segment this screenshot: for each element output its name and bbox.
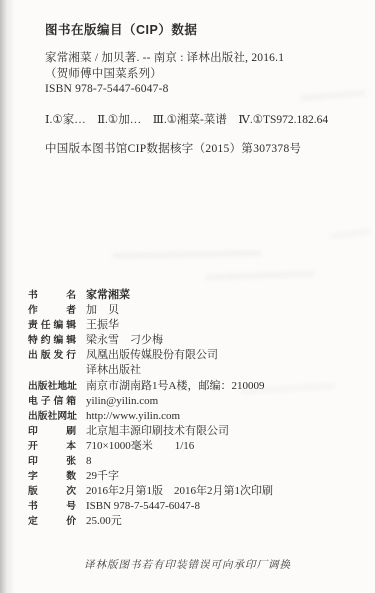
cip-header: 图书在版编目（CIP）数据 [45, 20, 197, 38]
scan-artifact [330, 229, 370, 239]
colophon-value: 加 贝 [86, 303, 119, 318]
colophon-label: 出版社网址 [28, 409, 76, 424]
cip-description-block: 家常湘菜 / 加贝著. -- 南京 : 译林出版社, 2016.1 （贺师傅中国… [45, 51, 284, 98]
scan-artifact [205, 271, 315, 280]
colophon-row-publisher: 出版发行 凤凰出版传媒股份有限公司 [28, 348, 273, 363]
colophon-row-responsible-editor: 责任编辑 王振华 [28, 318, 273, 333]
colophon-value: 家常湘菜 [86, 288, 130, 303]
colophon-row-website: 出版社网址 http://www.yilin.com [28, 409, 273, 424]
colophon-value: 梁永雪 刁少梅 [86, 333, 163, 348]
colophon-value: 王振华 [86, 318, 119, 333]
colophon-value: 8 [86, 454, 92, 469]
colophon-value: http://www.yilin.com [86, 409, 180, 424]
cip-record-number: 中国版本图书馆CIP数据核字（2015）第307378号 [45, 140, 301, 156]
scan-artifact [300, 90, 366, 101]
colophon-row-publisher2: 译林出版社 [28, 363, 273, 378]
colophon-value: 南京市湖南路1号A楼，邮编：210009 [86, 379, 264, 394]
colophon-row-isbn: 书号 ISBN 978-7-5447-6047-8 [28, 499, 273, 514]
colophon-table: 书名 家常湘菜 作者 加 贝 责任编辑 王振华 特约编辑 梁永雪 刁少梅 出版发… [28, 288, 273, 530]
colophon-label: 作者 [28, 303, 76, 318]
colophon-value: 2016年2月第1版 2016年2月第1次印刷 [86, 484, 273, 499]
colophon-label: 印张 [28, 454, 76, 469]
colophon-label: 出版发行 [28, 348, 76, 363]
colophon-value: 29千字 [86, 469, 119, 484]
cip-series-line: （贺师傅中国菜系列） [45, 67, 284, 83]
colophon-label: 出版社地址 [28, 379, 76, 394]
cip-isbn-line: ISBN 978-7-5447-6047-8 [45, 82, 284, 98]
footer-note: 译林版图书若有印装错误可向承印厂调换 [0, 557, 375, 572]
scan-edge-shadow [0, 0, 15, 593]
colophon-row-contract-editor: 特约编辑 梁永雪 刁少梅 [28, 333, 273, 348]
colophon-row-email: 电子信箱 yilin@yilin.com [28, 394, 273, 409]
colophon-row-edition: 版次 2016年2月第1版 2016年2月第1次印刷 [28, 484, 273, 499]
colophon-row-price: 定价 25.00元 [28, 514, 273, 529]
colophon-value: ISBN 978-7-5447-6047-8 [86, 499, 200, 514]
colophon-label: 定价 [28, 514, 76, 529]
book-copyright-page: 图书在版编目（CIP）数据 家常湘菜 / 加贝著. -- 南京 : 译林出版社,… [0, 0, 375, 593]
colophon-label: 责任编辑 [28, 318, 76, 333]
classification-line: Ⅰ.①家… Ⅱ.①加… Ⅲ.①湘菜-菜谱 Ⅳ.①TS972.182.64 [45, 111, 328, 127]
colophon-label: 书名 [28, 288, 76, 303]
colophon-label: 电子信箱 [28, 394, 76, 409]
colophon-value: 710×1000毫米 1/16 [86, 439, 194, 454]
colophon-row-address: 出版社地址 南京市湖南路1号A楼，邮编：210009 [28, 379, 273, 394]
scan-artifact [112, 251, 262, 259]
colophon-row-author: 作者 加 贝 [28, 303, 273, 318]
colophon-row-title: 书名 家常湘菜 [28, 288, 273, 303]
colophon-label: 书号 [28, 499, 76, 514]
colophon-row-word-count: 字数 29千字 [28, 469, 273, 484]
cip-title-line: 家常湘菜 / 加贝著. -- 南京 : 译林出版社, 2016.1 [45, 51, 284, 67]
colophon-label: 特约编辑 [28, 333, 76, 348]
colophon-label: 版次 [28, 484, 76, 499]
colophon-value: yilin@yilin.com [86, 394, 158, 409]
colophon-label: 字数 [28, 469, 76, 484]
colophon-row-sheets: 印张 8 [28, 454, 273, 469]
colophon-value: 译林出版社 [86, 363, 141, 378]
colophon-value: 凤凰出版传媒股份有限公司 [86, 348, 218, 363]
colophon-value: 25.00元 [86, 514, 122, 529]
colophon-row-printer: 印刷 北京旭丰源印刷技术有限公司 [28, 424, 273, 439]
colophon-row-format: 开本 710×1000毫米 1/16 [28, 439, 273, 454]
colophon-label: 印刷 [28, 424, 76, 439]
colophon-label: 开本 [28, 439, 76, 454]
colophon-value: 北京旭丰源印刷技术有限公司 [86, 424, 229, 439]
